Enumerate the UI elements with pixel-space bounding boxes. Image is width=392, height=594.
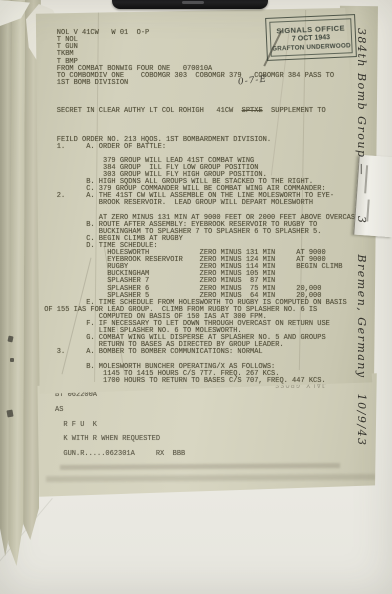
typed-line: AS (55, 407, 185, 414)
telegram-body-lines: FEILD ORDER NO. 213 HQOS. 1ST BOMBARDMEN… (40, 130, 359, 421)
ink-bleed-mark (60, 463, 340, 470)
main-telegram-sheet: NOL V 41CW W 01 O-P T NOL T GUN TKBM T B… (30, 6, 374, 396)
document-photo: JALY GROSS BT 062200AAS R F U K K WITH R… (0, 0, 392, 594)
secret-line-after: SUPPLEMENT TO (263, 107, 326, 115)
typed-line: R F U K (55, 422, 185, 429)
bottom-sheet-typed-text: BT 062200AAS R F U K K WITH R WHEN REQUE… (55, 392, 185, 459)
typed-line (55, 399, 185, 406)
stamp-station-name: GRAFTON UNDERWOOD (272, 42, 351, 52)
typed-line (40, 87, 359, 94)
secret-classification-line: SECRET IN CLEAR AUTHY LT COL ROHIGH 41CW… (40, 108, 359, 115)
struck-out-word: SPTXE (242, 107, 263, 115)
stamp-date: 7 OCT 1943 (292, 34, 330, 43)
typed-line: 1ST BOMB DIVISION (40, 80, 359, 87)
typed-line: BROOK RESERVOIR. LEAD GROUP WILL DEPART … (40, 200, 359, 207)
handwritten-margin-note: 384th Bomb Group — 3 Bremen, Germany 10/… (355, 28, 368, 458)
ink-bleed-mark (46, 474, 376, 482)
typed-line: K WITH R WHEN REQUESTED (55, 436, 185, 443)
binder-clip (112, 0, 268, 9)
stamp-office-name: SIGNALS OFFICE (276, 23, 345, 35)
typed-line: 1. A. ORDER OF BATTLE: (40, 144, 359, 151)
typed-line: 3. A. BOMBER TO BOMBER COMMUNICATIONS: N… (40, 349, 359, 356)
ink-smudge (6, 410, 13, 418)
typed-line: 1700 HOURS TO RETURN TO BASES C/S 707, F… (40, 378, 359, 385)
signals-office-stamp: SIGNALS OFFICE 7 OCT 1943 GRAFTON UNDERW… (265, 14, 357, 61)
ink-smudge (10, 358, 14, 362)
stamp-inner-border: SIGNALS OFFICE 7 OCT 1943 GRAFTON UNDERW… (269, 18, 352, 57)
clip-highlight (182, 1, 204, 4)
telegram-typed-text: NOL V 41CW W 01 O-P T NOL T GUN TKBM T B… (40, 16, 359, 435)
typed-line: GUN.R.....062301A RX BBB (55, 451, 185, 458)
secret-line-before: SECRET IN CLEAR AUTHY LT COL ROHIGH 41CW (40, 107, 242, 115)
typed-line: BT 062200A (55, 392, 185, 399)
